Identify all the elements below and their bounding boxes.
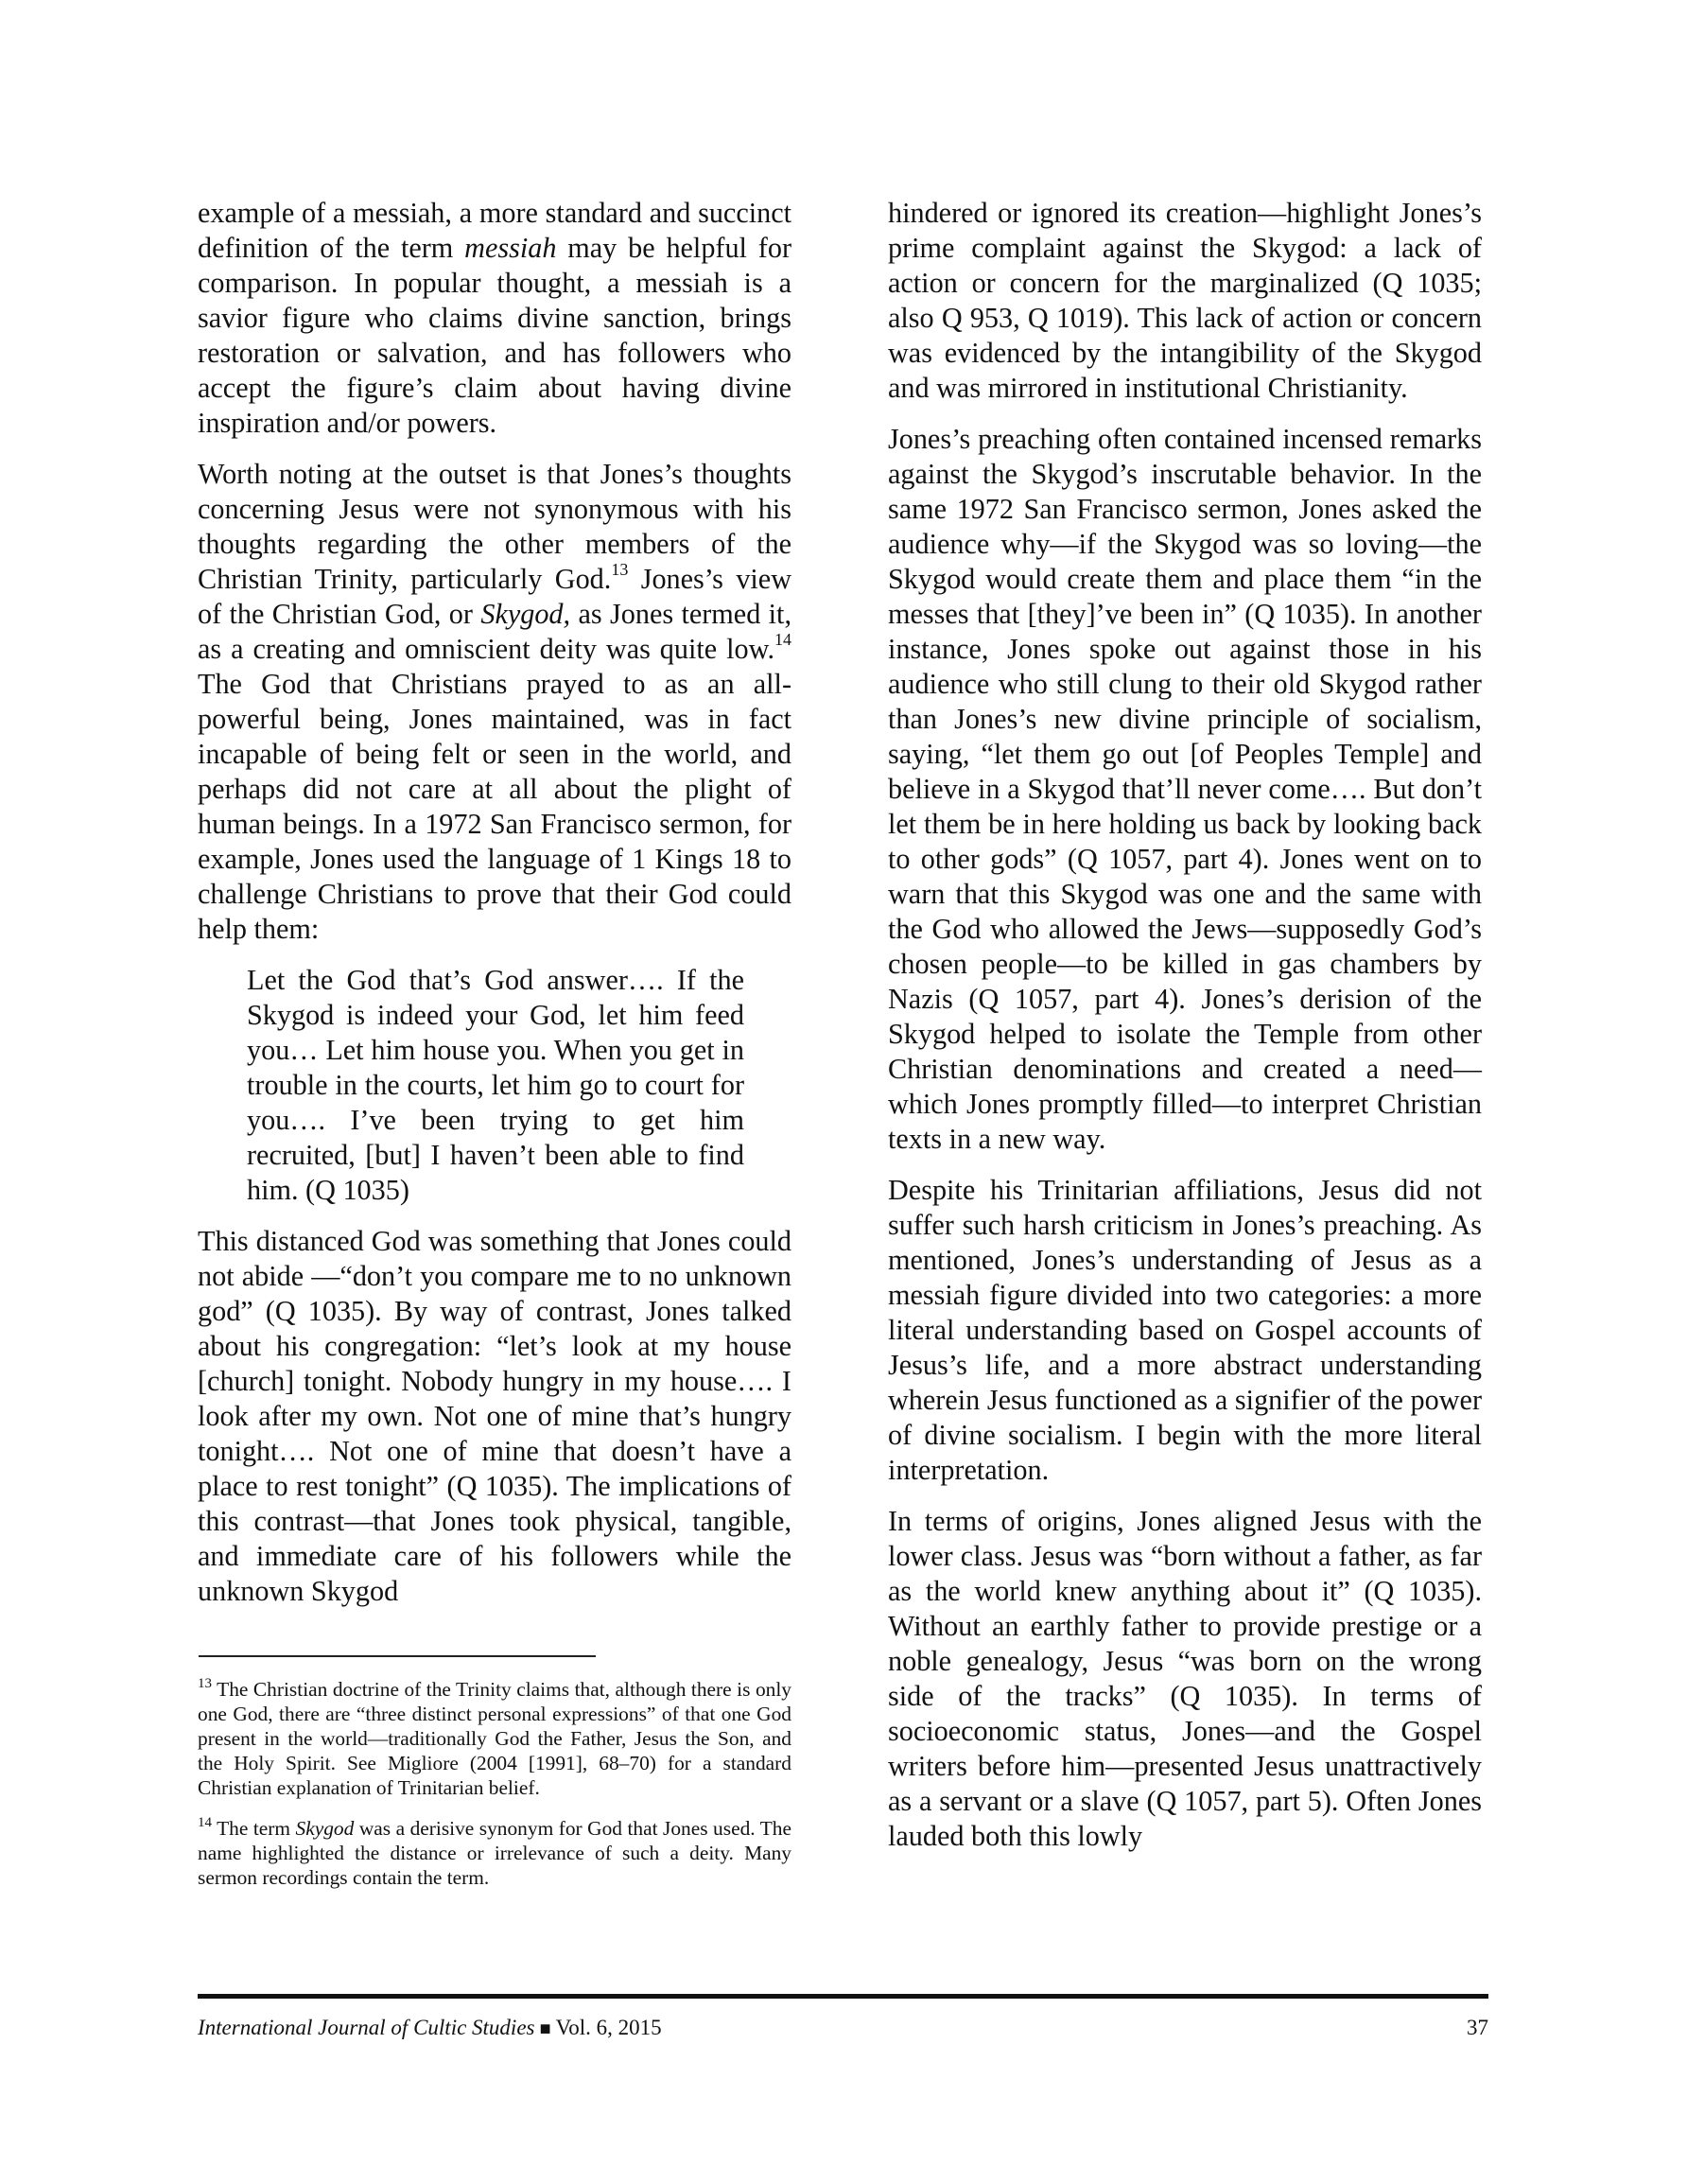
footnote-14: 14 The term Skygod was a derisive synony… [198, 1816, 791, 1890]
paragraph-trinitarian-affiliations: Despite his Trinitarian affiliations, Je… [888, 1173, 1482, 1488]
footnote-ref-14[interactable]: 14 [774, 630, 791, 649]
italic-term-messiah: messiah [464, 232, 556, 264]
paragraph-distanced-god: This distanced God was something that Jo… [198, 1224, 791, 1609]
volume-year: Vol. 6, 2015 [556, 2016, 662, 2039]
left-column: example of a messiah, a more standard an… [198, 196, 791, 1609]
paragraph-skygod-view: Worth noting at the outset is that Jones… [198, 457, 791, 947]
text-run: The God that Christians prayed to as an … [198, 668, 791, 945]
footnote-13: 13 The Christian doctrine of the Trinity… [198, 1677, 791, 1800]
page-footer: International Journal of Cultic Studies … [198, 2015, 1488, 2042]
footnote-number: 14 [198, 1815, 212, 1830]
right-column: hindered or ignored its creation—highlig… [888, 196, 1482, 1854]
page-number: 37 [1467, 2015, 1488, 2042]
italic-term-skygod: Skygod, [480, 598, 570, 630]
block-quote-sermon: Let the God that’s God answer…. If the S… [198, 963, 791, 1208]
italic-term-skygod: Skygod [296, 1817, 355, 1840]
footer-rule [198, 1994, 1488, 1999]
footnote-text: The term [212, 1817, 296, 1840]
footnotes: 13 The Christian doctrine of the Trinity… [198, 1677, 791, 1906]
paragraph-messiah-definition: example of a messiah, a more standard an… [198, 196, 791, 441]
footnote-number: 13 [198, 1676, 212, 1691]
paragraph-origins: In terms of origins, Jones aligned Jesus… [888, 1504, 1482, 1854]
journal-title: International Journal of Cultic Studies [198, 2016, 534, 2039]
footnote-separator [199, 1655, 596, 1657]
journal-page: example of a messiah, a more standard an… [0, 0, 1687, 2184]
paragraph-prime-complaint: hindered or ignored its creation—highlig… [888, 196, 1482, 406]
paragraph-incensed-remarks: Jones’s preaching often contained incens… [888, 422, 1482, 1157]
square-separator-icon: ■ [534, 2018, 555, 2039]
footer-citation: International Journal of Cultic Studies … [198, 2015, 662, 2042]
footnote-text: The Christian doctrine of the Trinity cl… [198, 1678, 791, 1799]
footnote-ref-13[interactable]: 13 [611, 560, 628, 579]
